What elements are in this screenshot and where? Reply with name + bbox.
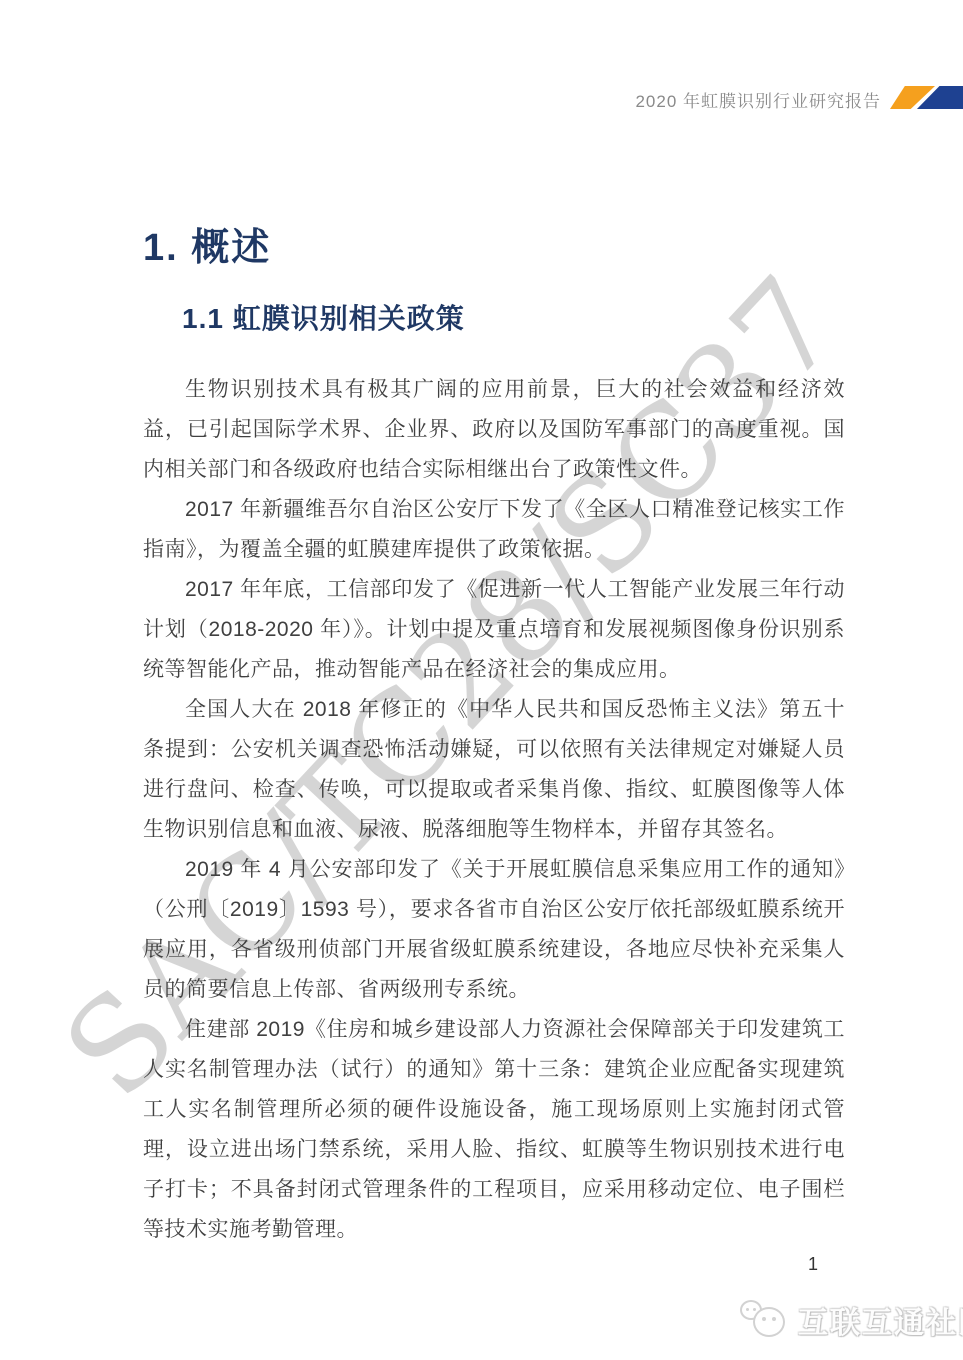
footer-logo-text: 互联互通社区: [798, 1298, 963, 1342]
body-paragraph: 2017 年新疆维吾尔自治区公安厅下发了《全区人口精准登记核实工作指南》，为覆盖…: [143, 490, 845, 570]
section-heading: 1. 概述: [143, 216, 271, 271]
footer-logo: 互联互通社区: [740, 1294, 945, 1346]
body-paragraph: 生物识别技术具有极其广阔的应用前景，巨大的社会效益和经济效益，已引起国际学术界、…: [143, 370, 845, 490]
big-bubble-icon: [753, 1307, 785, 1337]
header-report-title: 2020 年虹膜识别行业研究报告: [635, 87, 881, 112]
paragraph-list: 生物识别技术具有极其广阔的应用前景，巨大的社会效益和经济效益，已引起国际学术界、…: [143, 370, 845, 1250]
document-page: 2020 年虹膜识别行业研究报告 SAC/TC28/SC37 1. 概述 1.1…: [0, 0, 963, 1360]
body-paragraph: 住建部 2019《住房和城乡建设部人力资源社会保障部关于印发建筑工人实名制管理办…: [143, 1010, 845, 1250]
body-paragraph: 全国人大在 2018 年修正的《中华人民共和国反恐怖主义法》第五十条提到：公安机…: [143, 690, 845, 850]
body-paragraph: 2017 年年底，工信部印发了《促进新一代人工智能产业发展三年行动计划（2018…: [143, 570, 845, 690]
page-number: 1: [808, 1254, 818, 1275]
body-paragraph: 2019 年 4 月公安部印发了《关于开展虹膜信息采集应用工作的通知》（公刑〔2…: [143, 850, 845, 1010]
subsection-heading: 1.1 虹膜识别相关政策: [182, 297, 465, 337]
chat-bubbles-icon: [740, 1296, 790, 1344]
header-brand-icon: [890, 86, 963, 109]
